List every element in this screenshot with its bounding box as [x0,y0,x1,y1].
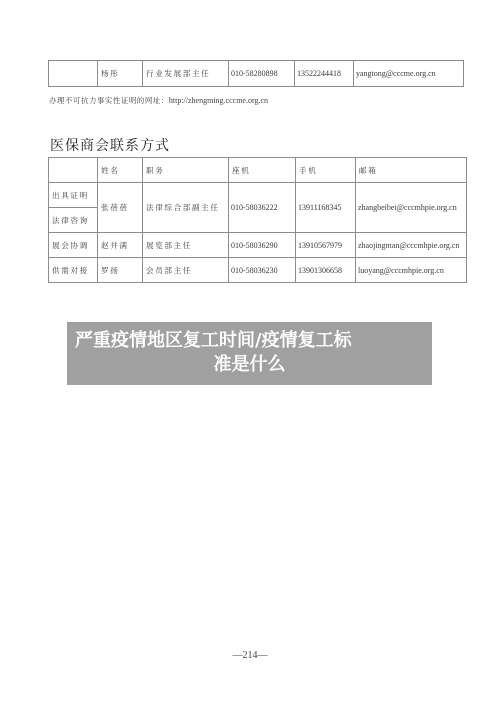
header-cell: 座机 [229,158,296,183]
dept-cell [49,61,98,87]
dept-cell: 供需对接 [49,258,98,283]
mobile-cell: 13522244418 [295,61,354,87]
overlay-title-line1: 严重疫情地区复工时间/疫情复工标 [67,329,432,353]
mobile-cell: 13901306658 [296,258,356,283]
contact-table: 姓名 职务 座机 手机 邮箱 出具证明 张蓓蓓 法律综合部副主任 010-580… [48,157,467,283]
name-cell: 罗扬 [98,258,143,283]
dept-cell: 展会协调 [49,233,98,258]
phone-cell: 010-58280898 [229,61,295,87]
mobile-cell: 13911168345 [296,183,356,233]
header-cell: 职务 [143,158,229,183]
table-header-row: 姓名 职务 座机 手机 邮箱 [49,158,467,183]
mobile-cell: 13910567979 [296,233,356,258]
title-cell: 会员部主任 [143,258,229,283]
title-overlay-banner: 严重疫情地区复工时间/疫情复工标 准是什么 [67,322,432,385]
title-cell: 法律综合部副主任 [143,183,229,233]
email-cell: zhangbeibei@cccmhpie.org.cn [356,183,467,233]
table-row: 供需对接 罗扬 会员部主任 010-58036230 13901306658 l… [49,258,467,283]
phone-cell: 010-58036230 [229,258,296,283]
table-row: 出具证明 张蓓蓓 法律综合部副主任 010-58036222 139111683… [49,183,467,208]
top-contact-table: 杨彤 行业发展部主任 010-58280898 13522244418 yang… [48,60,464,87]
header-cell: 姓名 [98,158,143,183]
note-label: 办理不可抗力事实性证明的网址： [49,96,169,105]
title-cell: 行业发展部主任 [143,61,229,87]
phone-cell: 010-58036222 [229,183,296,233]
name-cell: 杨彤 [98,61,143,87]
section-title: 医保商会联系方式 [50,135,170,155]
certificate-note: 办理不可抗力事实性证明的网址：http://zhengming.cccme.or… [49,95,268,106]
overlay-title-line2: 准是什么 [67,353,432,377]
note-url[interactable]: http://zhengming.cccme.org.cn [169,96,268,105]
title-cell: 展览部主任 [143,233,229,258]
email-cell: yangtong@cccme.org.cn [354,61,464,87]
page-number: —214— [0,650,500,661]
table-row: 杨彤 行业发展部主任 010-58280898 13522244418 yang… [49,61,464,87]
header-cell: 邮箱 [356,158,467,183]
header-cell: 手机 [296,158,356,183]
name-cell: 张蓓蓓 [98,183,143,233]
phone-cell: 010-58036290 [229,233,296,258]
dept-cell: 法律咨询 [49,208,98,233]
table-row: 展会协调 赵井满 展览部主任 010-58036290 13910567979 … [49,233,467,258]
name-cell: 赵井满 [98,233,143,258]
email-cell: luoyang@cccmhpie.org.cn [356,258,467,283]
email-cell: zhaojingman@cccmhpie.org.cn [356,233,467,258]
dept-cell: 出具证明 [49,183,98,208]
header-cell [49,158,98,183]
